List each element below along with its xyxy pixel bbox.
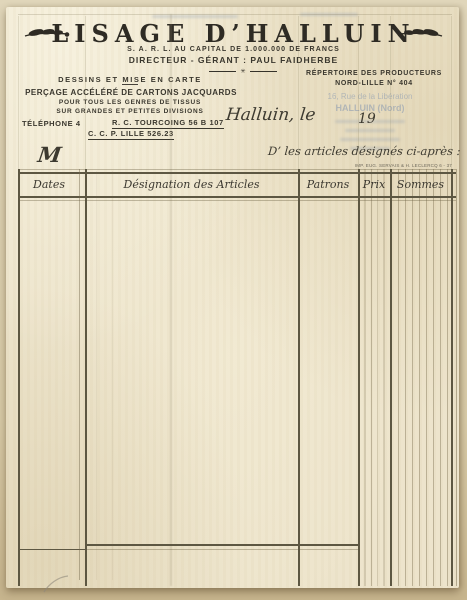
capital-line: S. A. R. L. AU CAPITAL DE 1.000.000 DE F… (0, 46, 467, 53)
ghost-rule (358, 16, 359, 169)
sommes-divider (390, 169, 392, 586)
registry-number-line: NORD-LILLE N° 404 (300, 80, 448, 87)
ghost-blur-bar (152, 15, 238, 18)
ghost-rule (451, 16, 452, 169)
services-line-4: SUR GRANDES ET PETITES DIVISIONS (30, 108, 230, 115)
divider-dash (250, 71, 277, 73)
patrons-divider (298, 169, 300, 586)
pencil-mark (40, 568, 80, 594)
dates-inner-rule (79, 169, 80, 580)
table-right-outer-rule (456, 169, 457, 586)
ghost-rule (18, 16, 19, 169)
date-year: 19 (358, 111, 376, 127)
small-dash-ornament (122, 84, 138, 85)
flourish-right-icon (397, 27, 443, 42)
scan-background: LISAGE D’HALLUIN S. A. R. L. AU CAPITAL … (0, 0, 467, 600)
ghost-rule (85, 16, 86, 169)
paper-crease (170, 14, 172, 586)
table-right-border (451, 169, 453, 586)
services-line-2: PERÇAGE ACCÉLÉRÉ DE CARTONS JACQUARDS (24, 88, 238, 97)
producers-registry-line: RÉPERTOIRE DES PRODUCTEURS (300, 70, 448, 77)
ghost-blur-bar (340, 138, 400, 141)
table-bottom-faint-rule (87, 549, 358, 550)
prix-divider (358, 169, 360, 586)
flourish-left-icon (24, 27, 70, 42)
column-header-sommes: Sommes (390, 178, 451, 191)
salutation-m: M (36, 142, 63, 167)
ghost-rule (298, 16, 299, 169)
dates-divider (85, 169, 87, 586)
services-line-1: DESSINS ET MISE EN CARTE (30, 75, 230, 84)
table-bottom-rule (87, 544, 358, 546)
header-divider: ✳ (198, 68, 288, 75)
column-header-prix: Prix (358, 178, 390, 191)
divider-dash (209, 71, 236, 73)
ghost-blur-bar (345, 129, 395, 132)
ghost-address-line-1: 16, Rue de la Libération (300, 92, 440, 101)
faint-ledger-rule (96, 171, 97, 580)
printer-imprint: IMP. EUG. SERVAIS & H. LECLERCQ 6 - 37 (352, 163, 452, 168)
ccp-number: C. C. P. LILLE 526.23 (88, 129, 174, 140)
faint-ledger-rule (112, 171, 113, 580)
column-header-dates: Dates (18, 178, 80, 191)
services-line-3: POUR TOUS LES GENRES DE TISSUS (30, 99, 230, 106)
dates-bottom-rule (18, 549, 87, 550)
top-rule (18, 14, 452, 15)
ghost-rule (390, 16, 391, 169)
date-place-script: Halluin, le (225, 105, 317, 125)
column-header-designation: Désignation des Articles (85, 178, 298, 191)
telephone-label: TÉLÉPHONE 4 (22, 119, 81, 128)
table-left-border (18, 169, 20, 586)
rc-number: R. C. TOURCOING 56 B 107 (112, 118, 224, 129)
director-line: DIRECTEUR - GÉRANT : PAUL FAIDHERBE (0, 55, 467, 65)
column-header-patrons: Patrons (298, 178, 358, 191)
asterisk-ornament-icon: ✳ (240, 68, 245, 75)
